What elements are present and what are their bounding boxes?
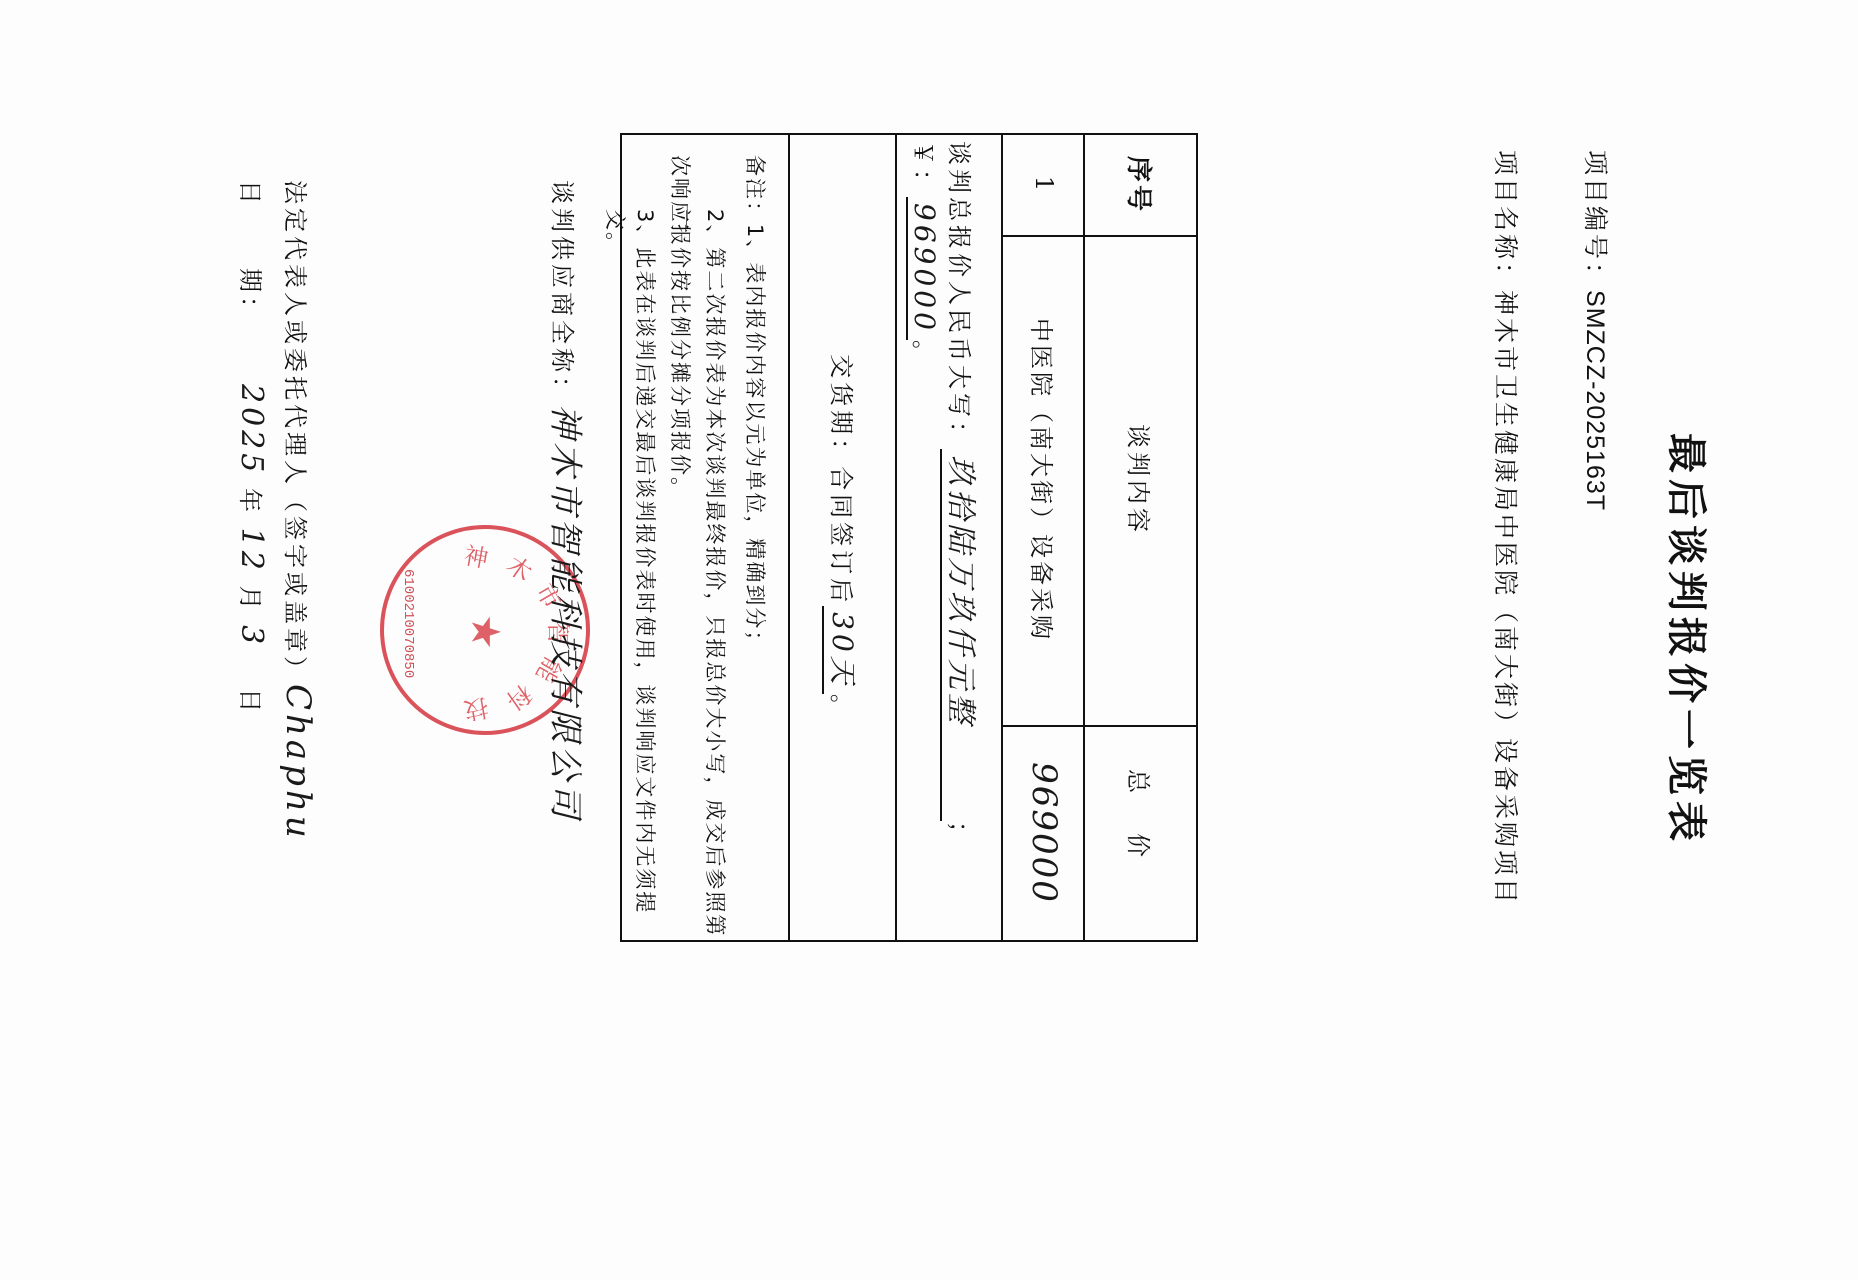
- header-index: 序号: [1085, 135, 1196, 235]
- date-day-unit: 日: [236, 688, 264, 716]
- period-end: 。: [909, 340, 937, 368]
- total-price-end: ；: [945, 821, 973, 849]
- project-name-line: 项目名称：神木市卫生健康局中医院（南大街）设备采购项目: [1489, 150, 1525, 906]
- supplier-line: 谈判供应商全称：神木市智能科技有限公司: [544, 180, 593, 822]
- date-line: 日期：2025 年 12 月 3日: [234, 180, 270, 716]
- total-price-lowercase-line: ￥：969000。: [906, 141, 943, 368]
- legal-rep-label: 法定代表人或委托代理人（签字或盖章）: [281, 180, 309, 684]
- delivery-end: 。: [826, 694, 861, 722]
- date-label-1: 日: [236, 180, 264, 208]
- seal-text-char: 技: [462, 692, 492, 731]
- date-year-unit: 年: [236, 488, 264, 516]
- seal-text-char: 科: [501, 678, 541, 720]
- delivery-label: 交货期：: [826, 354, 861, 466]
- total-price-lowercase-label: ￥：: [909, 141, 937, 197]
- supplier-label: 谈判供应商全称：: [548, 180, 576, 404]
- project-code-value: SMZCZ-2025163T: [1581, 290, 1609, 511]
- legal-rep-line: 法定代表人或委托代理人（签字或盖章）Chaphu: [278, 180, 318, 842]
- total-price-uppercase-value: 玖拾陆万玖仟元整: [940, 449, 986, 821]
- date-day: 3: [234, 625, 269, 648]
- note-line-4: 3、此表在谈判后递交最后谈判报价表时使用，谈判响应文件内无须提交。: [601, 209, 661, 940]
- seal-number: 6100210070850: [400, 569, 416, 678]
- note-line-1: 备注：1、表内报价内容以元为单位，精确到分；: [741, 155, 771, 653]
- project-name-label: 项目名称：: [1491, 150, 1520, 290]
- supplier-name-handwritten: 神木市智能科技有限公司: [545, 404, 585, 822]
- total-price-lowercase-value: 969000: [906, 197, 941, 340]
- row-total-handwritten: 969000: [1003, 725, 1085, 941]
- delivery-prefix: 合同签订后: [826, 466, 861, 606]
- document-page: 最后谈判报价一览表 项目编号：SMZCZ-2025163T 项目名称：神木市卫生…: [0, 0, 1858, 1280]
- document-title: 最后谈判报价一览表: [1661, 0, 1718, 1280]
- project-code-label: 项目编号：: [1581, 150, 1610, 290]
- row-content: 中医院（南大街）设备采购: [1003, 235, 1085, 725]
- total-price-uppercase-label: 谈判总报价人民币大写：: [945, 141, 973, 449]
- total-price-uppercase-line: 谈判总报价人民币大写：玖拾陆万玖仟元整；: [940, 141, 986, 849]
- seal-star-icon: ★: [462, 614, 508, 650]
- project-code-line: 项目编号：SMZCZ-2025163T: [1579, 150, 1615, 511]
- seal-text-char: 木: [501, 546, 541, 588]
- project-name-value: 神木市卫生健康局中医院（南大街）设备采购项目: [1491, 290, 1520, 906]
- scanned-document-viewport: 最后谈判报价一览表 项目编号：SMZCZ-2025163T 项目名称：神木市卫生…: [0, 0, 1858, 1280]
- note-line-3: 次响应报价按比例分摊分项报价。: [666, 155, 696, 500]
- date-label-2: 期：: [236, 268, 264, 324]
- seal-text-char: 神: [462, 536, 492, 575]
- date-year: 2025: [234, 384, 269, 476]
- header-content: 谈判内容: [1085, 235, 1196, 725]
- delivery-value: 30天: [823, 606, 865, 694]
- date-month-unit: 月: [236, 585, 264, 613]
- quotation-table: 序号 谈判内容 总价 1 中医院（南大街）设备采购 969000 谈判总报价人民…: [620, 133, 1198, 942]
- legal-rep-signature: Chaphu: [278, 684, 318, 842]
- date-month: 12: [234, 528, 269, 574]
- row-index: 1: [1003, 135, 1085, 235]
- delivery-line: 交货期：合同签订后30天。: [790, 135, 897, 941]
- header-total: 总价: [1085, 725, 1196, 941]
